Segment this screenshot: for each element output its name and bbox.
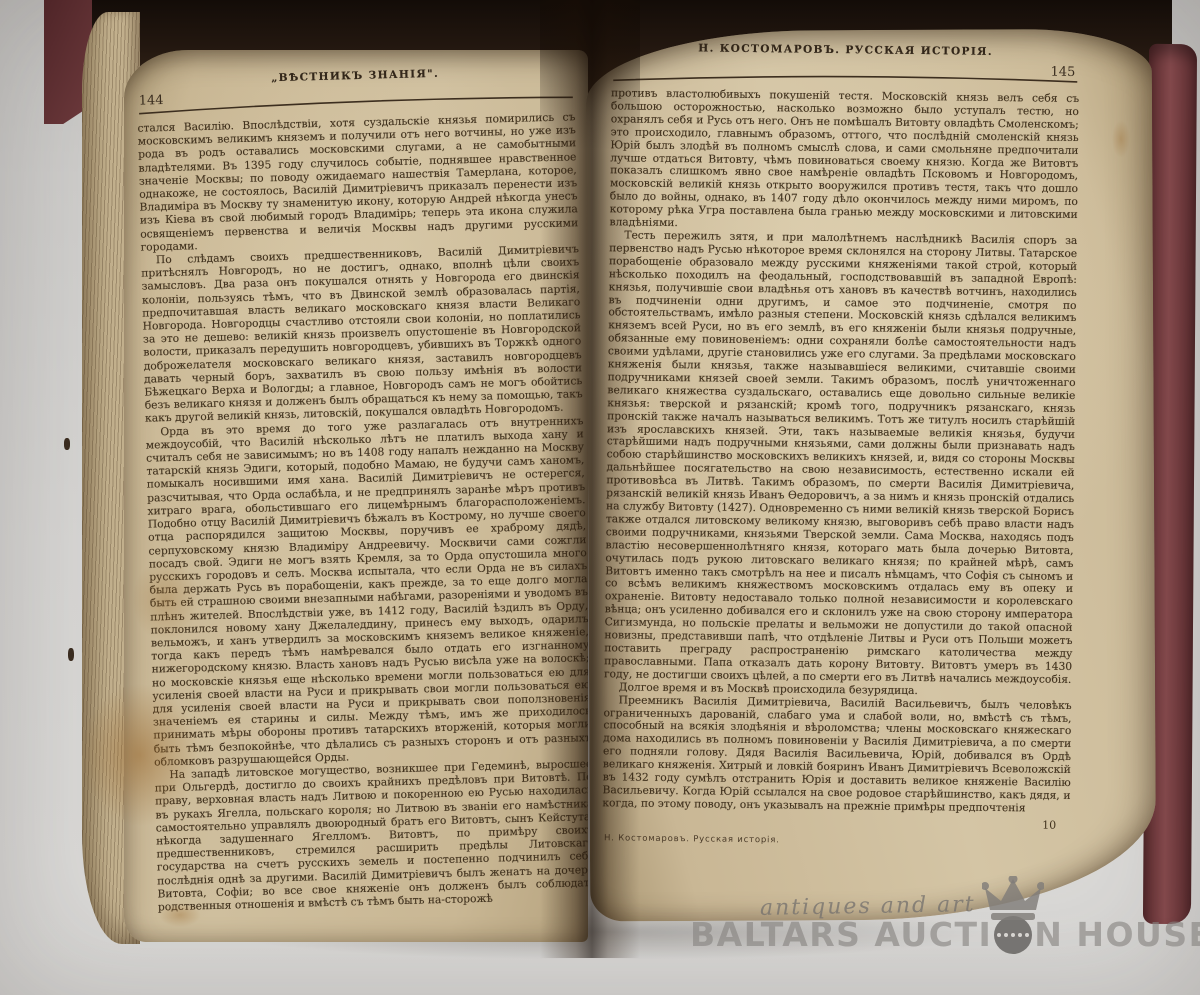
right-page-text: противъ властолюбивыхъ покушеній тестя. …: [602, 87, 1079, 815]
left-header-rule: [137, 90, 575, 115]
sheet-number: 10: [602, 813, 1070, 832]
right-page-header: Н. КОСТОМАРОВЪ. РУССКАЯ ИСТОРІЯ. 145: [611, 39, 1080, 93]
right-running-title: Н. КОСТОМАРОВЪ. РУССКАЯ ИСТОРІЯ.: [612, 41, 1080, 59]
right-header-rule: [611, 67, 1079, 89]
body-paragraph: стался Василію. Впослѣдствіи, хотя сузда…: [137, 110, 578, 253]
left-running-title: „ВѢСТНИКЪ ЗНАНІЯ".: [136, 64, 574, 87]
right-page: Н. КОСТОМАРОВЪ. РУССКАЯ ИСТОРІЯ. 145 про…: [586, 29, 1157, 922]
body-paragraph: Тесть пережилъ зятя, и при малолѣтнемъ н…: [604, 229, 1077, 686]
left-page-text: стался Василію. Впослѣдствіи, хотя сузда…: [137, 110, 588, 913]
right-page-content: Н. КОСТОМАРОВЪ. РУССКАЯ ИСТОРІЯ. 145 про…: [602, 39, 1080, 848]
book-photograph: „ВѢСТНИКЪ ЗНАНІЯ". 144 стался Василію. В…: [0, 0, 1200, 995]
body-paragraph: противъ властолюбивыхъ покушеній тестя. …: [609, 87, 1079, 235]
edge-speck: [68, 648, 74, 661]
body-paragraph: Орда въ это время до того уже разлагалас…: [145, 414, 588, 769]
edge-speck: [64, 438, 70, 450]
left-page: „ВѢСТНИКЪ ЗНАНІЯ". 144 стался Василію. В…: [124, 50, 588, 942]
body-paragraph: Преемникъ Василія Димитріевича, Василій …: [602, 694, 1071, 816]
body-paragraph: По слѣдамъ своихъ предшественниковъ, Вас…: [141, 242, 583, 425]
body-paragraph: На западѣ литовское могущество, возникше…: [154, 757, 588, 914]
footer-signature: Н. Костомаровъ. Русская исторія.: [602, 833, 1070, 849]
left-page-content: „ВѢСТНИКЪ ЗНАНІЯ". 144 стался Василію. В…: [136, 62, 588, 913]
